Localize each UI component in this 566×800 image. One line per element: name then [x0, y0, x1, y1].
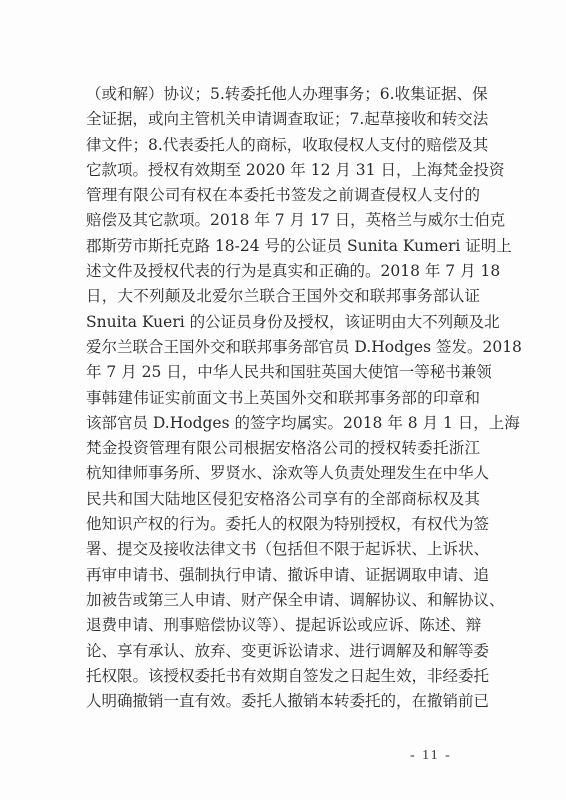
- text-line: （或和解）协议；5.转委托他人办理事务；6.收集证据、保: [86, 82, 480, 107]
- text-line: 加被告或第三人申请、财产保全申请、调解协议、和解协议、: [86, 588, 480, 613]
- text-line: 事韩建伟证实前面文书上英国外交和联邦事务部的印章和: [86, 386, 480, 411]
- text-line: 他知识产权的行为。委托人的权限为特别授权，有权代为签: [86, 512, 480, 537]
- text-line: 托权限。该授权委托书有效期自签发之日起生效，非经委托: [86, 664, 480, 689]
- text-line: 年 7 月 25 日，中华人民共和国驻英国大使馆一等秘书兼领: [86, 360, 480, 385]
- text-line: Snuita Kueri 的公证员身份及授权，该证明由大不列颠及北: [86, 310, 480, 335]
- document-page: （或和解）协议；5.转委托他人办理事务；6.收集证据、保 全证据，或向主管机关申…: [0, 0, 566, 800]
- text-line: 管理有限公司有权在本委托书签发之前调查侵权人支付的: [86, 183, 480, 208]
- text-line: 人明确撤销一直有效。委托人撤销本转委托的，在撤销前已: [86, 689, 480, 714]
- text-line: 日，大不列颠及北爱尔兰联合王国外交和联邦事务部认证: [86, 284, 480, 309]
- body-text: （或和解）协议；5.转委托他人办理事务；6.收集证据、保 全证据，或向主管机关申…: [86, 82, 480, 714]
- text-line: 律文件；8.代表委托人的商标，收取侵权人支付的赔偿及其: [86, 133, 480, 158]
- text-line: 退费申请、刑事赔偿协议等）、提起诉讼或应诉、陈述、辩: [86, 613, 480, 638]
- text-line: 论、享有承认、放弃、变更诉讼请求、进行调解及和解等委: [86, 639, 480, 664]
- text-line: 梵金投资管理有限公司根据安格洛公司的授权转委托浙江: [86, 436, 480, 461]
- text-line: 全证据，或向主管机关申请调查取证；7.起草接收和转交法: [86, 107, 480, 132]
- text-line: 述文件及授权代表的行为是真实和正确的。2018 年 7 月 18: [86, 259, 480, 284]
- text-line: 再审申请书、强制执行申请、撤诉申请、证据调取申请、追: [86, 563, 480, 588]
- text-line: 它款项。授权有效期至 2020 年 12 月 31 日，上海梵金投资: [86, 158, 480, 183]
- text-line: 郡斯劳市斯托克路 18-24 号的公证员 Sunita Kumeri 证明上: [86, 234, 480, 259]
- text-line: 署、提交及接收法律文书（包括但不限于起诉状、上诉状、: [86, 537, 480, 562]
- page-number: - 11 -: [410, 748, 452, 764]
- text-line: 该部官员 D.Hodges 的签字均属实。2018 年 8 月 1 日，上海: [86, 411, 480, 436]
- text-line: 民共和国大陆地区侵犯安格洛公司享有的全部商标权及其: [86, 487, 480, 512]
- text-line: 杭知律师事务所、罗贤水、涂欢等人负责处理发生在中华人: [86, 461, 480, 486]
- text-line: 赔偿及其它款项。2018 年 7 月 17 日，英格兰与威尔士伯克: [86, 208, 480, 233]
- text-line: 爱尔兰联合王国外交和联邦事务部官员 D.Hodges 签发。2018: [86, 335, 480, 360]
